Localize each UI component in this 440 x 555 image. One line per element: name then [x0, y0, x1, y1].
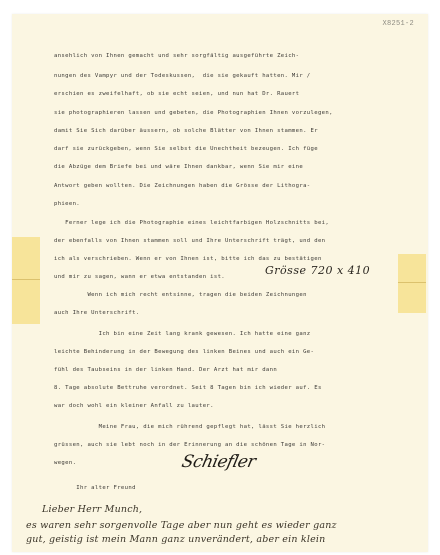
typed-line: ich als verschrieben. Wenn er von Ihnen …: [54, 256, 322, 262]
typed-line: Ihr alter Freund: [54, 485, 136, 491]
typed-line: Meine Frau, die mich rührend gepflegt ha…: [54, 424, 325, 430]
typed-line: der ebenfalls von Ihnen stammen soll und…: [54, 238, 325, 244]
postscript-line: gut, geistig ist mein Mann ganz unveränd…: [26, 534, 325, 545]
typed-line: 8. Tage absolute Bettruhe verordnet. Sei…: [54, 385, 322, 391]
typed-line: ansehlich von Ihnen gemacht und sehr sor…: [54, 53, 299, 59]
typed-line: Ich bin eine Zeit lang krank gewesen. Ic…: [54, 331, 311, 337]
signature: Schiefler: [180, 452, 257, 472]
typed-line: und mir zu sagen, wann er etwa entstande…: [54, 274, 225, 280]
typed-line: wegen.: [54, 460, 76, 466]
postscript-line: es waren sehr sorgenvolle Tage aber nun …: [26, 520, 337, 531]
typed-line: damit Sie Sich darüber äussern, ob solch…: [54, 128, 318, 134]
typed-line: war doch wohl ein kleiner Anfall zu laut…: [54, 403, 214, 409]
typed-line: sie photographieren lassen und gebeten, …: [54, 110, 333, 116]
archive-id-label: X8251-2: [382, 20, 414, 28]
typed-line: erschien es zweifelhaft, ob sie echt sei…: [54, 91, 299, 97]
typed-line: Wenn ich mich recht entsinne, tragen die…: [54, 292, 307, 298]
typed-line: phieen.: [54, 201, 80, 207]
postscript-line: Lieber Herr Munch,: [42, 504, 142, 515]
tape-strip-left-top: [12, 237, 40, 279]
tape-strip-right-bottom: [398, 282, 426, 313]
typed-line: nungen des Vampyr und der Todeskussen, d…: [54, 73, 311, 79]
typed-line: die Abzüge dem Briefe bei und wäre Ihnen…: [54, 164, 303, 170]
typed-line: darf sie zurückgeben, wenn Sie selbst di…: [54, 146, 318, 152]
typed-line: grüssen, auch sie lebt noch in der Erinn…: [54, 442, 325, 448]
tape-strip-right-top: [398, 254, 426, 282]
tape-strip-left-bottom: [12, 279, 40, 324]
bleed-through-text: [262, 32, 432, 252]
typed-line: auch Ihre Unterschrift.: [54, 310, 140, 316]
typed-line: Antwort geben wollten. Die Zeichnungen h…: [54, 183, 311, 189]
typed-line: Ferner lege ich die Photographie eines l…: [54, 220, 329, 226]
typed-line: fühl des Taubseins in der linken Hand. D…: [54, 367, 277, 373]
handwritten-size-annotation: Grösse 720 x 410: [265, 264, 370, 277]
typed-line: leichte Behinderung in der Bewegung des …: [54, 349, 314, 355]
